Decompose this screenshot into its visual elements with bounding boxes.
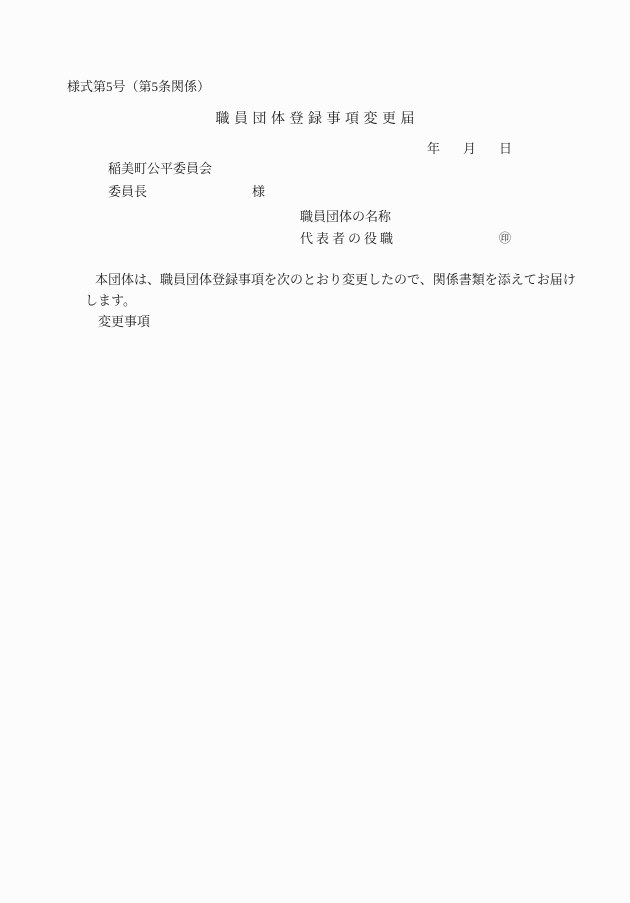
- addressee-position: 委員長: [108, 184, 147, 199]
- addressee-line: 委員長 様: [108, 185, 147, 199]
- date-line: 年月日: [427, 142, 512, 156]
- representative-role-label: 代表者の役職: [300, 232, 396, 246]
- date-day-label: 日: [499, 141, 512, 156]
- change-items-label: 変更事項: [98, 314, 150, 329]
- seal-mark-icon: ㊞: [499, 232, 511, 245]
- body-paragraph-line2: します。: [85, 293, 136, 308]
- org-name-label: 職員団体の名称: [300, 210, 391, 224]
- body-paragraph-line1: 本団体は、職員団体登録事項を次のとおり変更したので、関係書類を添えてお届け: [95, 272, 576, 287]
- addressee-honorific: 様: [252, 185, 265, 199]
- document-title: 職員団体登録事項変更届: [0, 112, 630, 128]
- form-number: 様式第5号（第5条関係）: [67, 80, 210, 94]
- date-month-label: 月: [463, 141, 476, 156]
- date-year-label: 年: [427, 141, 440, 156]
- document-page: 様式第5号（第5条関係） 職員団体登録事項変更届 年月日 稲美町公平委員会 委員…: [0, 0, 630, 903]
- addressee-organization: 稲美町公平委員会: [108, 162, 212, 176]
